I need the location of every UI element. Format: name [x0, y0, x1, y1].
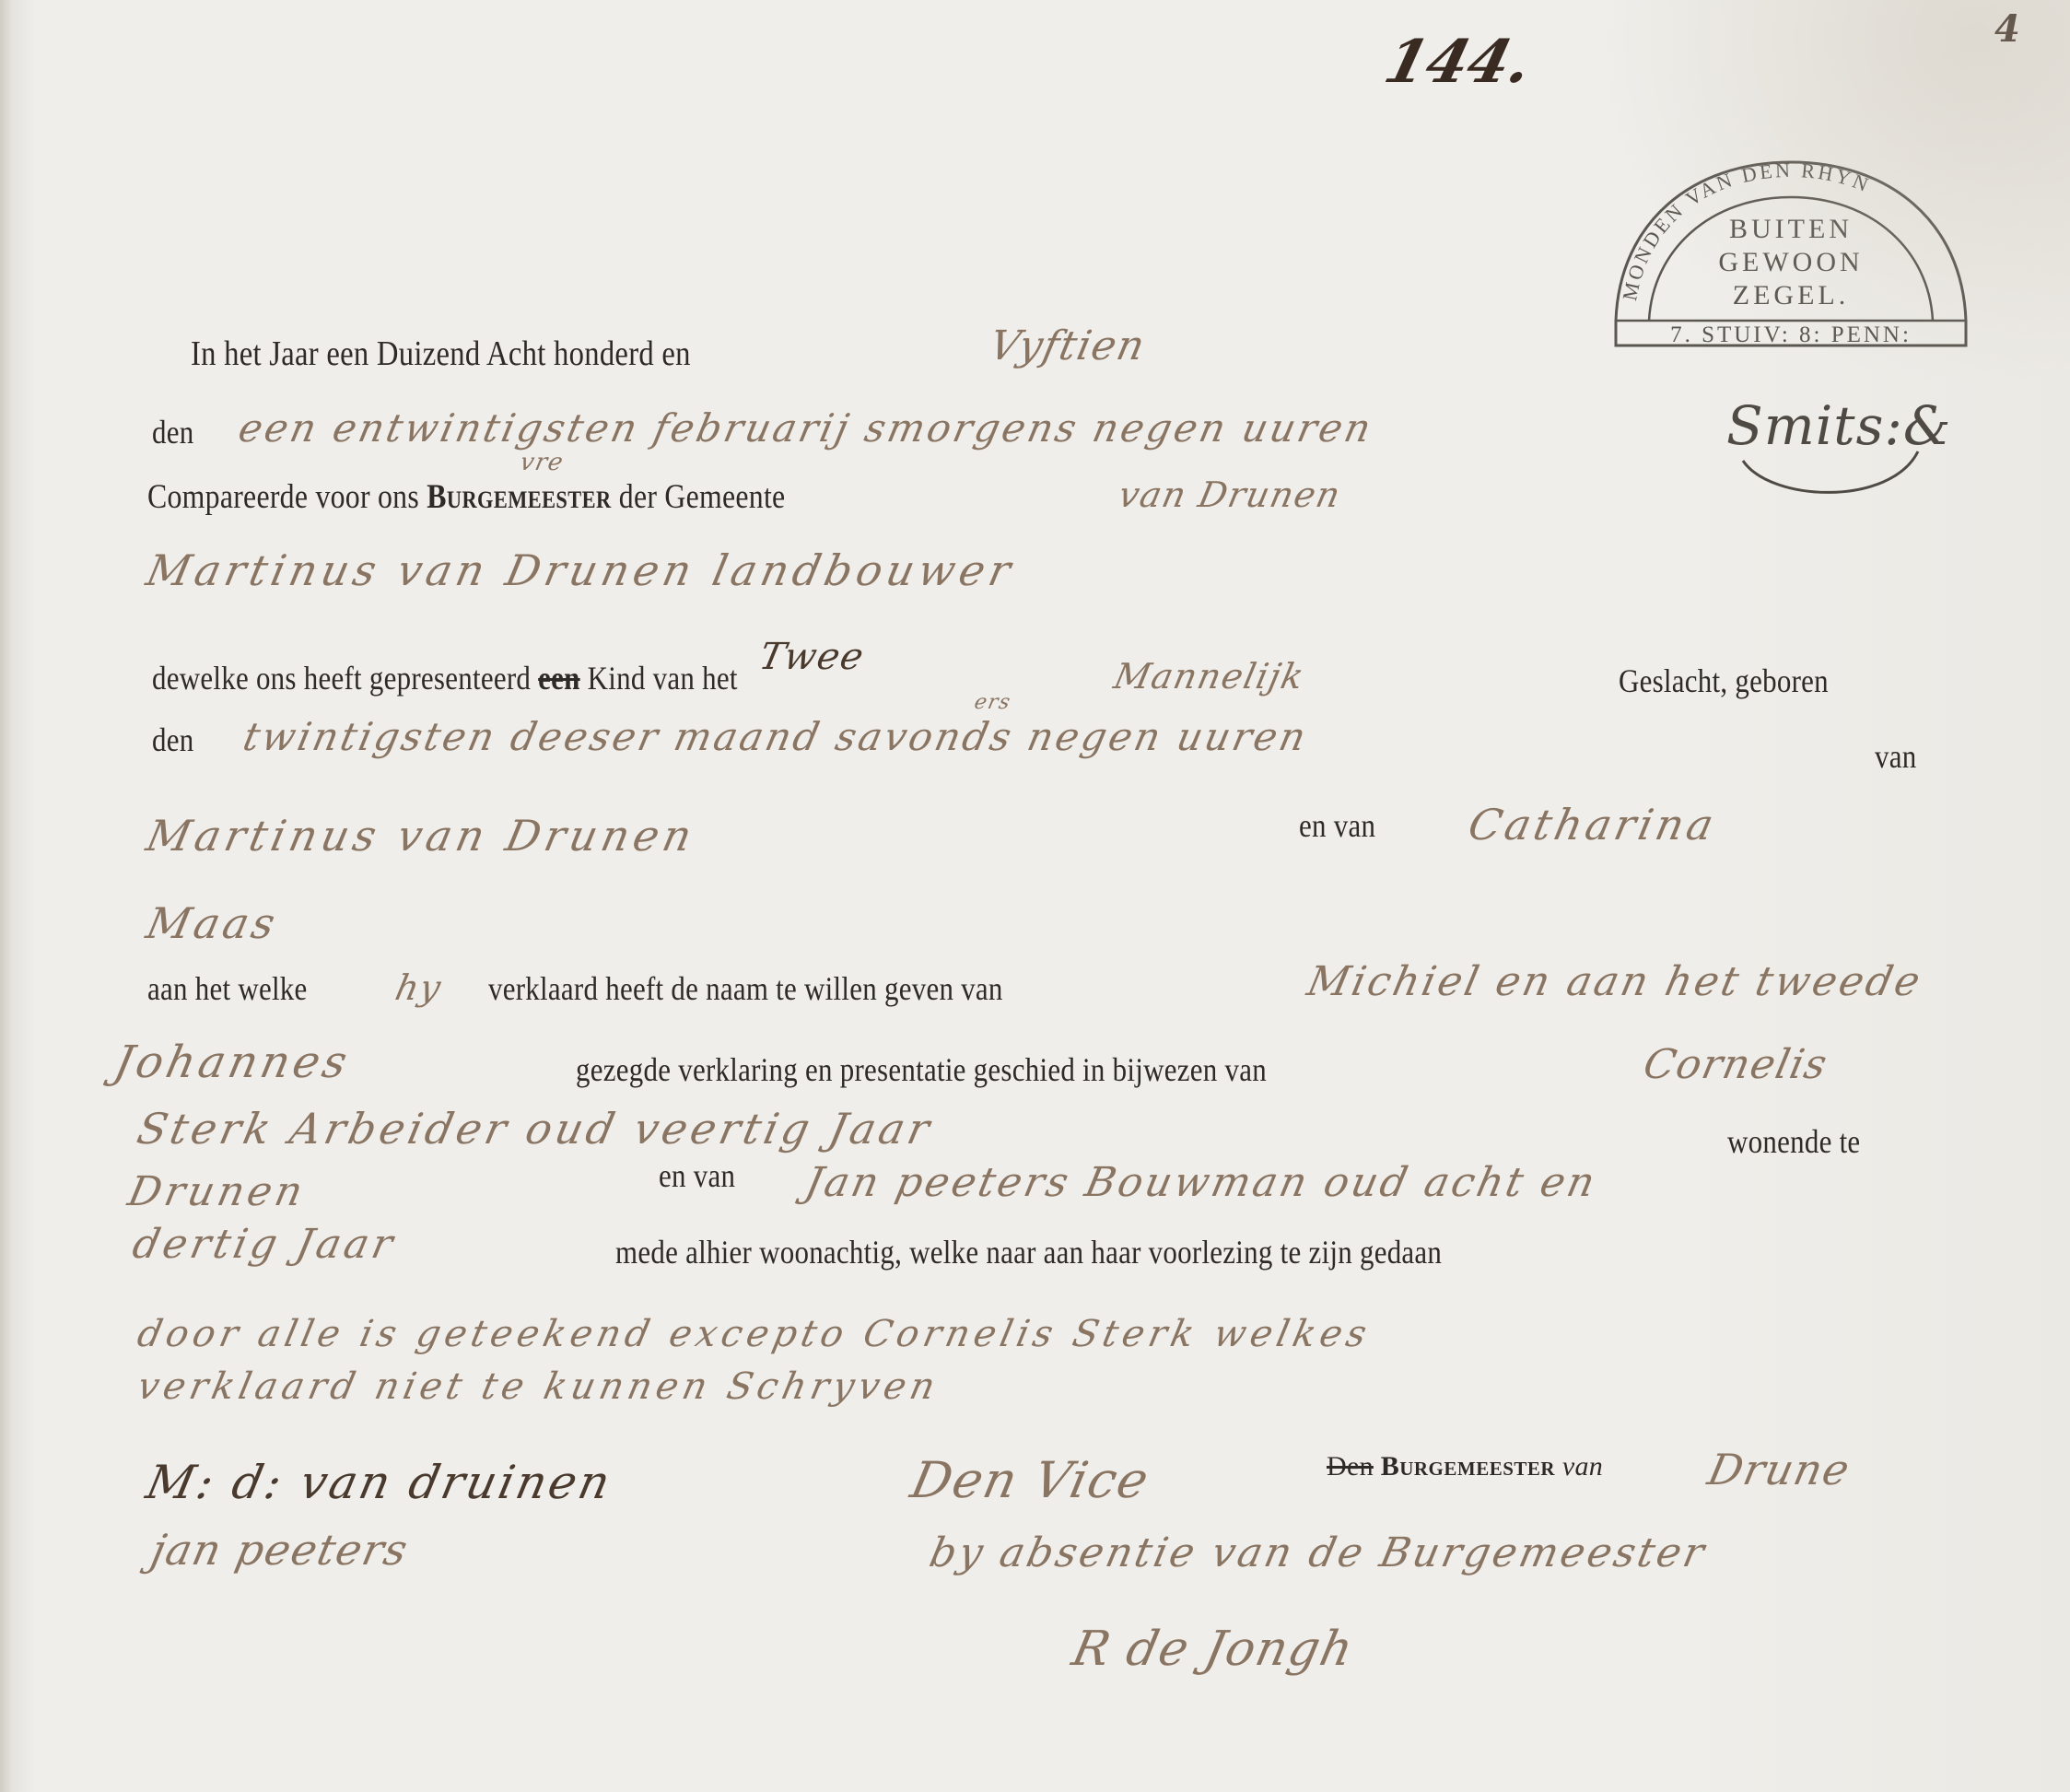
signature-declarant: M: d: van druinen [142, 1456, 617, 1509]
handwritten-declarant: Martinus van Drunen landbouwer [142, 545, 1019, 595]
stamp-line-buiten: BUITEN [1610, 214, 1971, 245]
handwritten-plural-ers: ers [972, 691, 1013, 714]
printed-dewelke-line: dewelke ons heeft gepresenteerd een Kind… [152, 659, 738, 697]
handwritten-twee: Twee [755, 636, 869, 678]
printed-compareerde-line: Compareerde voor ons Burgemeester der Ge… [147, 477, 785, 517]
signature-officer: Den Vice [906, 1451, 1154, 1509]
handwritten-date: een entwintigsten februarij smorgens neg… [235, 405, 1378, 451]
printed-en-van-2: en van [659, 1156, 735, 1195]
printed-den: Den [1327, 1451, 1374, 1482]
handwritten-witness1-name: Cornelis [1640, 1041, 1832, 1088]
printed-struck-een: een [538, 660, 579, 697]
printed-dewelke: dewelke ons heeft gepresenteerd [152, 660, 531, 697]
printed-closing-burgemeester: Burgemeester [1381, 1451, 1555, 1482]
handwritten-names-given: Michiel en aan het tweede [1304, 958, 1927, 1005]
printed-den-label: den [152, 413, 193, 451]
handwritten-note-line1: door alle is geteekend excepto Cornelis … [134, 1313, 1374, 1355]
signature-witness: jan peeters [146, 1525, 413, 1575]
signature-deputy: R de Jongh [1068, 1622, 1359, 1677]
printed-closing-van: van [1562, 1451, 1603, 1482]
printed-geslacht-geboren: Geslacht, geboren [1619, 662, 1829, 700]
printed-aan-het-welke: aan het welke [147, 969, 308, 1008]
handwritten-father: Martinus van Drunen [142, 811, 700, 861]
handwritten-mother-last: Maas [142, 898, 283, 948]
printed-mede-alhier-line: mede alhier woonachtig, welke naar aan h… [615, 1233, 1442, 1271]
handwritten-year: Vyftien [986, 322, 1151, 369]
printed-verklaard-line: verklaard heeft de naam te willen geven … [488, 969, 1003, 1008]
handwritten-witness2-age: dertig Jaar [129, 1221, 401, 1268]
handwritten-witness2: Jan peeters Bouwman oud acht en [801, 1159, 1602, 1206]
printed-van-het: van het [653, 660, 738, 697]
smits-signature-stamp: Smits:& [1715, 378, 1946, 507]
handwritten-gemeente: van Drunen [1115, 474, 1345, 515]
printed-compareerde: Compareerde voor ons [147, 478, 419, 516]
stamp-line-gewoon: GEWOON [1610, 247, 1971, 278]
handwritten-second-name: Johannes [110, 1037, 355, 1088]
printed-der-gemeente: der Gemeente [619, 478, 786, 516]
printed-kind: Kind [588, 660, 646, 697]
handwritten-insert-vre: vre [518, 449, 567, 476]
handwritten-pronoun: hy [392, 967, 445, 1008]
handwritten-absence-note: by absentie van de Burgemeester [926, 1529, 1712, 1576]
smits-signature-text: Smits:& [1726, 394, 1952, 457]
printed-den-label-2: den [152, 720, 193, 759]
handwritten-note-line2: verklaard niet te kunnen Schryven [134, 1365, 943, 1408]
handwritten-witness1-detail: Sterk Arbeider oud veertig Jaar [133, 1104, 937, 1154]
handwritten-birth-date: twintigsten deeser maand savonds negen u… [240, 714, 1313, 759]
printed-wonende-te: wonende te [1727, 1122, 1860, 1161]
printed-burgemeester: Burgemeester [427, 478, 611, 516]
page-corner-mark: 4 [1994, 7, 2020, 51]
handwritten-gender: Mannelijk [1110, 656, 1308, 697]
printed-van: van [1875, 737, 1916, 776]
printed-gezegde-line: gezegde verklaring en presentatie geschi… [576, 1050, 1267, 1089]
printed-en-van: en van [1299, 806, 1375, 845]
stamp-value: 7. STUIV: 8: PENN: [1610, 322, 1971, 348]
handwritten-municipality: Drune [1703, 1445, 1854, 1494]
document-page: 144. 4 MONDEN VAN DEN RHYN BUITEN GEWOON… [0, 0, 2070, 1792]
stamp-line-zegel: ZEGEL. [1610, 280, 1971, 311]
printed-year-line: In het Jaar een Duizend Acht honderd en [191, 334, 691, 374]
handwritten-residence: Drunen [124, 1168, 310, 1215]
handwritten-mother-first: Catharina [1464, 800, 1721, 849]
printed-den-burgemeester-van: Den Burgemeester van [1327, 1451, 1603, 1482]
tax-stamp: MONDEN VAN DEN RHYN BUITEN GEWOON ZEGEL.… [1610, 157, 1971, 354]
folio-number: 144. [1378, 28, 1539, 97]
